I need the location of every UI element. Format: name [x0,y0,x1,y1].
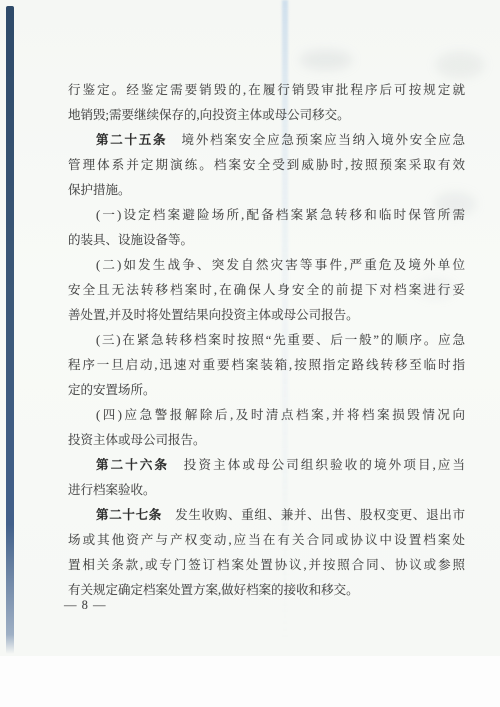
clause-line: (三)在紧急转移档案时按照“先重要、后一般”的顺序。应急 [68,328,465,353]
text-line: 安全且无法转移档案时,在确保人身安全的前提下对档案进行妥 [68,278,465,303]
clause-line: (一)设定档案避险场所,配备档案紧急转移和临时保管所需 [68,203,465,228]
text-line: 保护措施。 [68,178,465,203]
article-number: 第二十五条 [96,133,167,147]
text-line: 置相关条款,或专门签订档案处置协议,并按照合同、协议或参照 [68,553,465,578]
text-line: 的装具、设施设备等。 [68,228,465,253]
text-line: 行鉴定。经鉴定需要销毁的,在履行销毁审批程序后可按规定就 [68,78,465,103]
article-heading-line: 第二十七条 发生收购、重组、兼并、出售、股权变更、退出市 [68,503,465,528]
scan-smudge-artifact [436,52,484,78]
left-spine-bar [6,6,14,654]
document-text: 行鉴定。经鉴定需要销毁的,在履行销毁审批程序后可按规定就 地销毁;需要继续保存的… [68,78,465,614]
scan-smudge-artifact [300,50,352,70]
text-line: 管理体系并定期演练。档案安全受到威胁时,按照预案采取有效 [68,153,465,178]
text-line: 善处置,并及时将处置结果向投资主体或母公司报告。 [68,303,465,328]
text-line: 场或其他资产与产权变动,应当在有关合同或协议中设置档案处 [68,528,465,553]
article-heading-text: 发生收购、重组、兼并、出售、股权变更、退出市 [162,508,465,522]
article-number: 第二十七条 [96,508,162,522]
document-page: 行鉴定。经鉴定需要销毁的,在履行销毁审批程序后可按规定就 地销毁;需要继续保存的… [0,0,500,656]
article-heading-text: 境外档案安全应急预案应当纳入境外安全应急 [167,133,465,147]
article-number: 第二十六条 [96,458,169,472]
text-line: 进行档案验收。 [68,478,465,503]
clause-line: (二)如发生战争、突发自然灾害等事件,严重危及境外单位 [68,253,465,278]
text-line: 程序一旦启动,迅速对重要档案装箱,按照指定路线转移至临时指 [68,353,465,378]
text-line: 地销毁;需要继续保存的,向投资主体或母公司移交。 [68,103,465,128]
text-line: 定的安置场所。 [68,378,465,403]
clause-line: (四)应急警报解除后,及时清点档案,并将档案损毁情况向 [68,403,465,428]
text-line: 投资主体或母公司报告。 [68,428,465,453]
article-heading-line: 第二十六条 投资主体或母公司组织验收的境外项目,应当 [68,453,465,478]
article-heading-line: 第二十五条 境外档案安全应急预案应当纳入境外安全应急 [68,128,465,153]
article-heading-text: 投资主体或母公司组织验收的境外项目,应当 [169,458,465,472]
